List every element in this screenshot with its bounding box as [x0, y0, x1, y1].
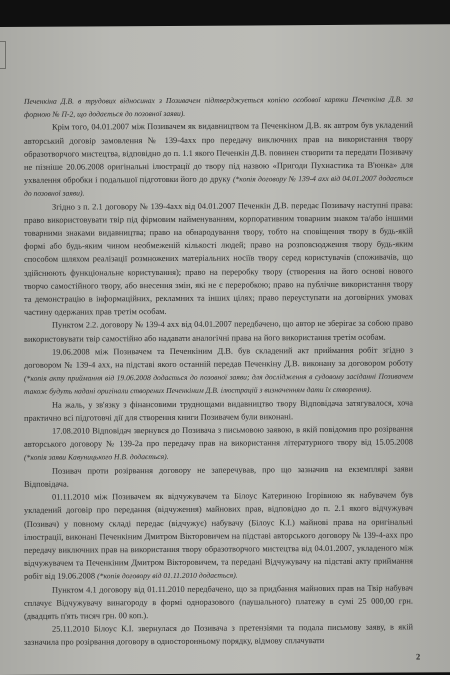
paragraph-9: 01.11.2010 між Позивачем як відчужувачем…	[24, 489, 413, 584]
paragraph-note: (*копія заяви Кавуницького Н.В. додаєтьс…	[24, 452, 169, 462]
paragraph-1: Печенкіна Д.В. в трудових відносинах з П…	[24, 92, 413, 121]
paragraph-7: 17.08.2010 Відповідач звернувся до Позив…	[24, 423, 413, 465]
paragraph-11: 25.11.2010 Білоус К.І. звернулася до Поз…	[24, 621, 413, 650]
paragraph-5: 19.06.2008 між Позивачем та Печенкіним Д…	[24, 343, 413, 398]
document-page: Печенкіна Д.В. в трудових відносинах з П…	[0, 24, 450, 675]
paragraph-note: (*копія акту приймання від 19.06.2008 до…	[24, 372, 413, 397]
paragraph-10: Пунктом 4.1 договору від 01.11.2010 пере…	[24, 581, 413, 623]
document-body: Печенкіна Д.В. в трудових відносинах з П…	[24, 92, 413, 649]
paragraph-2: Крім того, 04.01.2007 між Позивачем як в…	[24, 119, 413, 201]
paragraph-4: Пунктом 2.2. договору № 139-4 ахх від 04…	[24, 317, 413, 346]
binder-clip-mark	[0, 41, 6, 69]
paragraph-6: На жаль, у зв'язку з фінансовими труднощ…	[24, 396, 413, 425]
paragraph-8: Позивач проти розірвання договору не зап…	[24, 462, 413, 491]
paragraph-note: (*копія договору від 01.11.2010 додаєтьс…	[97, 571, 237, 581]
page-number: 2	[416, 651, 420, 661]
paragraph-3: Згідно з п. 2.1 договору № 139-4ахх від …	[24, 198, 413, 319]
paragraph-note: Печенкіна Д.В. в трудових відносинах з П…	[24, 94, 413, 119]
